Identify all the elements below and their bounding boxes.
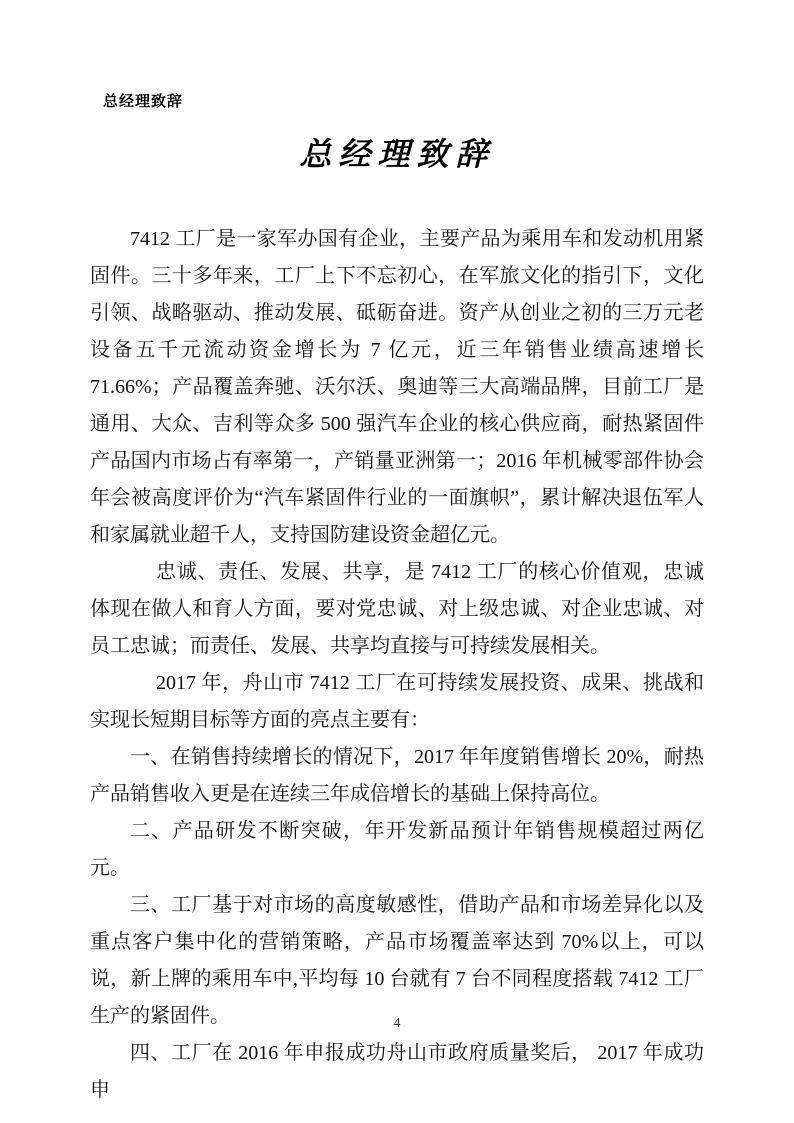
page-title: 总经理致辞 bbox=[90, 129, 704, 175]
body-paragraph: 2017 年，舟山市 7412 工厂在可持续发展投资、成果、挑战和实现长短期目标… bbox=[90, 665, 704, 739]
body-paragraph: 四、工厂在 2016 年申报成功舟山市政府质量奖后， 2017 年成功申 bbox=[90, 1035, 704, 1109]
page-number: 4 bbox=[0, 1016, 794, 1032]
body-paragraph: 一、在销售持续增长的情况下，2017 年年度销售增长 20%，耐热产品销售收入更… bbox=[90, 739, 704, 813]
section-header-label: 总经理致辞 bbox=[103, 90, 704, 111]
document-page: 总经理致辞 总经理致辞 7412 工厂是一家军办国有企业，主要产品为乘用车和发动… bbox=[0, 0, 794, 1123]
body-paragraph: 三、工厂基于对市场的高度敏感性，借助产品和市场差异化以及重点客户集中化的营销策略… bbox=[90, 887, 704, 1035]
document-body: 7412 工厂是一家军办国有企业，主要产品为乘用车和发动机用紧固件。三十多年来，… bbox=[90, 221, 704, 1109]
body-paragraph: 7412 工厂是一家军办国有企业，主要产品为乘用车和发动机用紧固件。三十多年来，… bbox=[90, 221, 704, 554]
body-paragraph: 忠诚、责任、发展、共享，是 7412 工厂的核心价值观，忠诚体现在做人和育人方面… bbox=[90, 554, 704, 665]
body-paragraph: 二、产品研发不断突破，年开发新品预计年销售规模超过两亿元。 bbox=[90, 813, 704, 887]
